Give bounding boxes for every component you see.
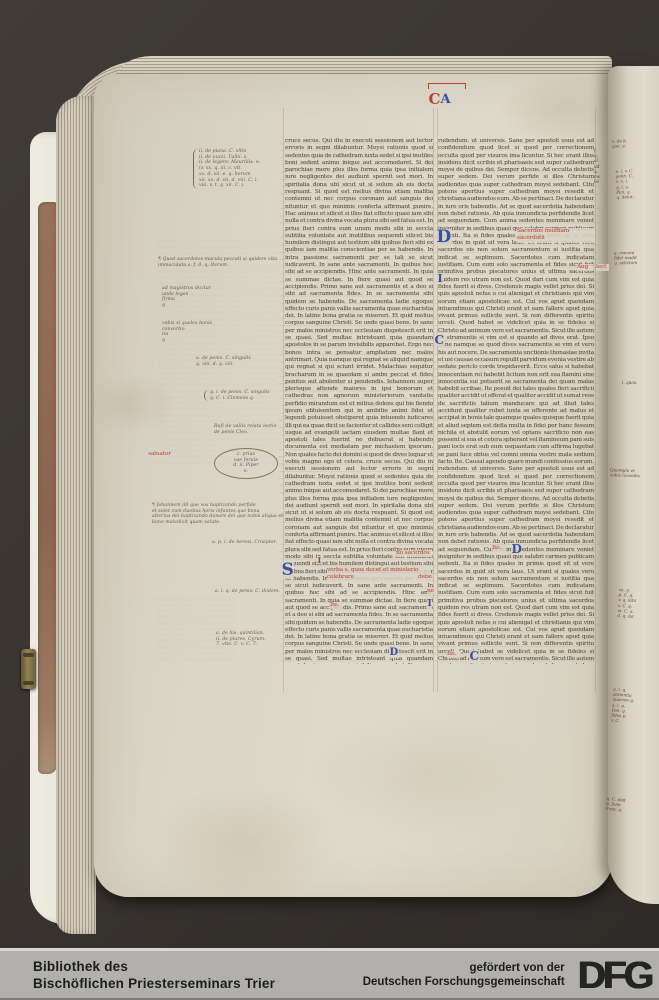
manuscript-scan: cruce secus. Qui diu in executi sessione… [0,0,659,1000]
dfg-logo: DFG [578,954,651,997]
next-page-sliver [608,66,659,904]
brass-clasp [21,649,36,689]
text-column-left: cruce secus. Qui diu in executi sessione… [285,138,433,664]
text-column-right: rudendum. ut universis. Sane per apostol… [438,138,594,664]
bleed-through-ghost [158,240,282,465]
column-guide-line [283,108,284,692]
funding-attribution: gefördert von der Deutschen Forschungsge… [363,962,565,989]
leather-spine-strip [38,202,57,774]
funding-line2: Deutschen Forschungsgemeinschaft [363,976,565,990]
header-flourish [428,83,466,89]
funding-line1: gefördert von der [363,962,565,976]
library-attribution: Bibliothek des Bischöflichen Priestersem… [33,959,275,992]
column-guide-line [433,108,434,692]
digitization-banner: Bibliothek des Bischöflichen Priestersem… [0,948,659,1000]
library-line1: Bibliothek des [33,959,275,976]
page-stack-left-edge [56,96,96,934]
bleed-through-ghost [155,598,235,660]
library-line2: Bischöflichen Priesterseminars Trier [33,976,275,993]
column-guide-line [595,108,596,692]
